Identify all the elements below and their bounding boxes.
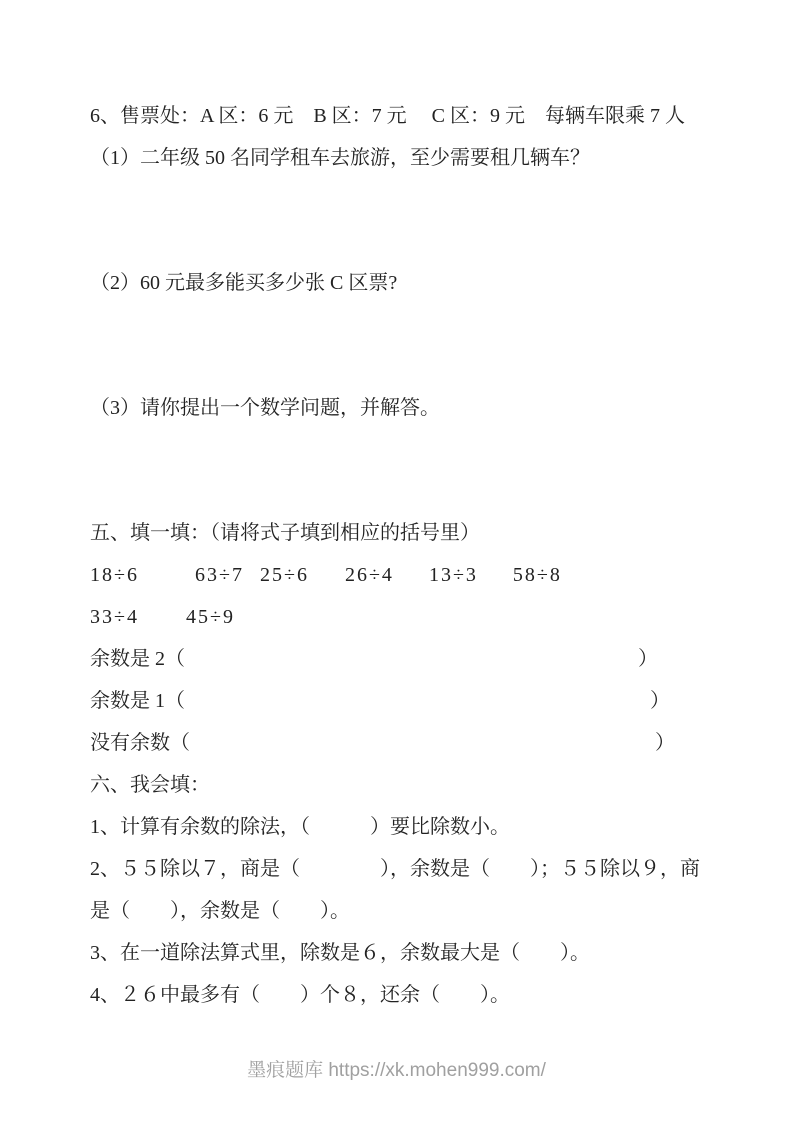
answer-space-3 — [90, 429, 743, 512]
division-expression: 58÷8 — [513, 554, 562, 596]
question-6-part-1: （1）二年级 50 名同学租车去旅游，至少需要租几辆车？ — [90, 137, 743, 179]
section-6-item-3: 3、在一道除法算式里，除数是６，余数最大是（ ）。 — [90, 932, 743, 974]
closing-paren: ） — [638, 638, 658, 680]
division-expression-row-2: 33÷4 45÷9 — [90, 596, 743, 638]
closing-paren: ） — [655, 722, 675, 764]
division-expression: 63÷7 — [195, 554, 244, 596]
blank-line-remainder-2: 余数是 2（ ） — [90, 638, 658, 680]
blank-label: 没有余数（ — [90, 722, 190, 764]
blank-label: 余数是 1（ — [90, 680, 185, 722]
division-expression-row-1: 18÷6 63÷7 25÷6 26÷4 13÷3 58÷8 — [90, 554, 743, 596]
question-6-heading: 6、售票处：A 区：6 元 B 区：7 元 C 区：9 元 每辆车限乘 7 人 — [90, 95, 743, 137]
division-expression: 25÷6 — [260, 554, 309, 596]
section-5-heading: 五、填一填：（请将式子填到相应的括号里） — [90, 512, 743, 554]
division-expression: 26÷4 — [345, 554, 394, 596]
section-6-item-2-continued: 是（ ），余数是（ ）。 — [90, 890, 743, 932]
closing-paren: ） — [650, 680, 670, 722]
blank-line-remainder-1: 余数是 1（ ） — [90, 680, 670, 722]
section-6-heading: 六、我会填： — [90, 764, 743, 806]
question-6-part-3: （3）请你提出一个数学问题，并解答。 — [90, 387, 743, 429]
section-6-item-2: 2、５５除以７，商是（ ），余数是（ ）；５５除以９，商 — [90, 848, 743, 890]
division-expression: 13÷3 — [429, 554, 478, 596]
division-expression: 45÷9 — [186, 596, 235, 638]
division-expression: 33÷4 — [90, 596, 139, 638]
question-6-part-2: （2）60 元最多能买多少张 C 区票? — [90, 262, 743, 304]
section-6-item-4: 4、２６中最多有（ ）个８，还余（ ）。 — [90, 974, 743, 1016]
watermark-footer: 墨痕题库 https://xk.mohen999.com/ — [0, 1058, 793, 1084]
division-expression: 18÷6 — [90, 554, 139, 596]
answer-space-2 — [90, 304, 743, 387]
worksheet-page: 6、售票处：A 区：6 元 B 区：7 元 C 区：9 元 每辆车限乘 7 人 … — [0, 0, 793, 1122]
blank-line-no-remainder: 没有余数（ ） — [90, 722, 675, 764]
section-6-item-1: 1、计算有余数的除法，（ ）要比除数小。 — [90, 806, 743, 848]
answer-space-1 — [90, 179, 743, 262]
blank-label: 余数是 2（ — [90, 638, 185, 680]
